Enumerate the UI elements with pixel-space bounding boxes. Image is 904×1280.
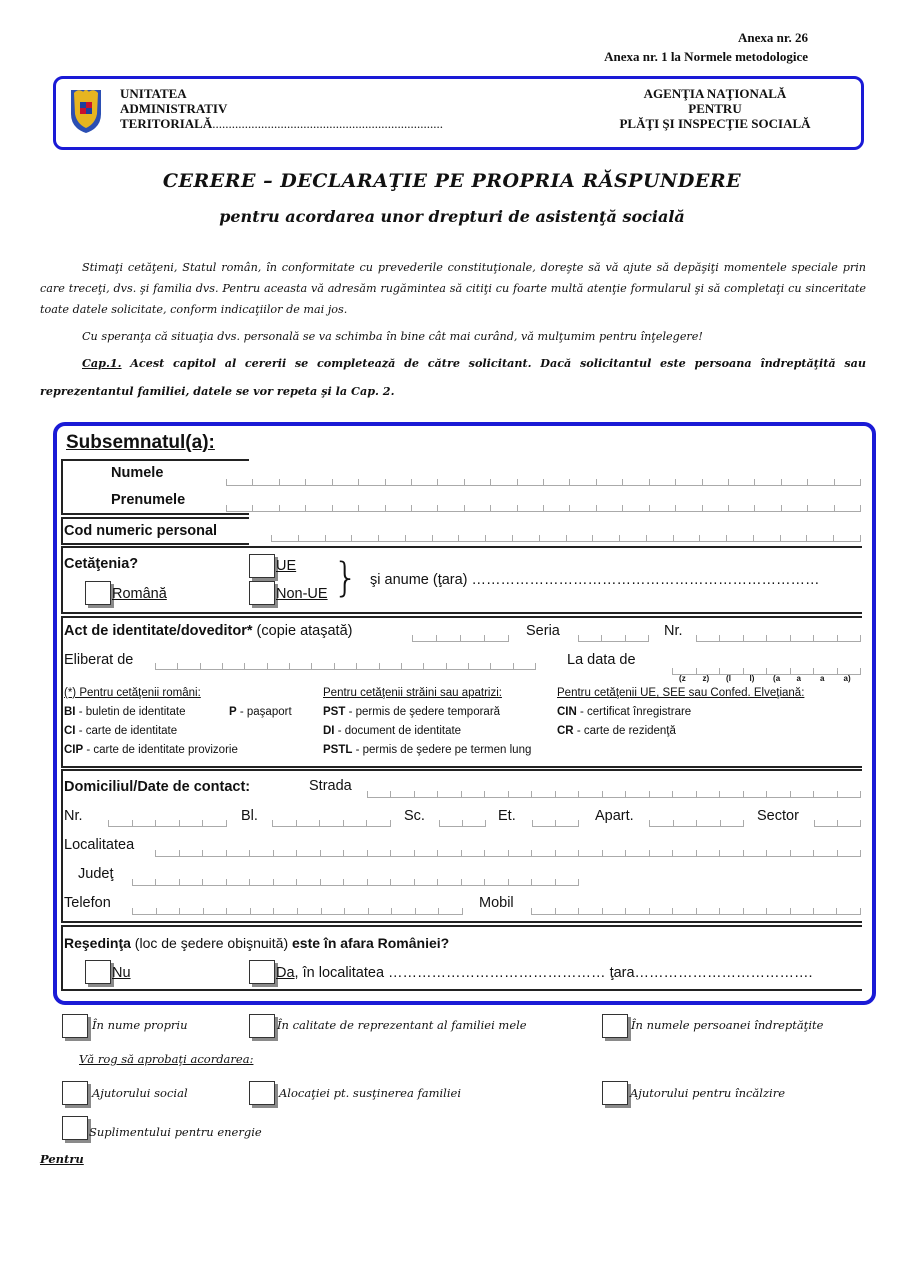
- comb-tick: [437, 791, 438, 798]
- comb-tick: [437, 879, 438, 886]
- comb-tick: [539, 535, 540, 542]
- comb-tick: [401, 663, 402, 670]
- comb-tick: [334, 663, 335, 670]
- phone-label: Telefon: [64, 895, 111, 911]
- citizenship-non-ue-checkbox[interactable]: [249, 581, 275, 605]
- citizenship-romana-label: Română: [112, 586, 167, 602]
- id-number-field[interactable]: [696, 630, 860, 642]
- comb-tick: [273, 850, 274, 857]
- comb-tick: [296, 879, 297, 886]
- comb-tick: [555, 791, 556, 798]
- comb-tick: [484, 791, 485, 798]
- residence-question: Reşedinţa (loc de şedere obişnuită) este…: [64, 935, 449, 951]
- comb-tick: [649, 850, 650, 857]
- section-heading: Subsemnatul(a):: [66, 432, 215, 454]
- first-name-field[interactable]: [226, 500, 860, 512]
- comb-tick: [321, 908, 322, 915]
- authority-line-3: TERITORIALĂ: [120, 116, 212, 131]
- local-authority-block: UNITATEA ADMINISTRATIV TERITORIALĂ......…: [120, 86, 443, 131]
- comb-tick: [753, 535, 754, 542]
- date-format-part: (z: [679, 674, 686, 683]
- comb-tick: [743, 635, 744, 642]
- family-allowance-checkbox[interactable]: [249, 1081, 275, 1105]
- comb-tick: [602, 850, 603, 857]
- series-label: Seria: [526, 623, 560, 639]
- comb-tick: [179, 879, 180, 886]
- comb-tick: [728, 479, 729, 486]
- comb-tick: [696, 820, 697, 827]
- comb-tick: [464, 505, 465, 512]
- comb-tick: [289, 663, 290, 670]
- comb-tick: [860, 908, 861, 915]
- comb-tick: [649, 479, 650, 486]
- comb-tick: [675, 505, 676, 512]
- comb-tick: [596, 505, 597, 512]
- comb-tick: [458, 535, 459, 542]
- locality-label: Localitatea: [64, 837, 134, 853]
- form-subtitle: pentru acordarea unor drepturi de asiste…: [0, 207, 904, 226]
- staircase-field[interactable]: [439, 815, 485, 827]
- comb-tick: [446, 663, 447, 670]
- comb-tick: [619, 535, 620, 542]
- capacity-family-rep-checkbox[interactable]: [249, 1014, 275, 1038]
- comb-tick: [368, 908, 369, 915]
- eu-citizens-note-title: Pentru cetăţenii UE, SEE sau Confed. Elv…: [557, 684, 804, 703]
- note-di: DI - document de identitate: [323, 722, 461, 741]
- comb-tick: [437, 479, 438, 486]
- comb-tick: [156, 908, 157, 915]
- comb-tick: [602, 791, 603, 798]
- comb-tick: [531, 879, 532, 886]
- comb-tick: [179, 850, 180, 857]
- capacity-own-name-label: În nume propriu: [92, 1018, 188, 1032]
- annex-reference: Anexa nr. 1 la Normele metodologice: [604, 47, 808, 66]
- comb-tick: [780, 535, 781, 542]
- comb-tick: [578, 635, 579, 642]
- comb-tick: [508, 850, 509, 857]
- comb-tick: [719, 635, 720, 642]
- comb-tick: [415, 908, 416, 915]
- note-p: P - paşaport: [229, 703, 292, 722]
- comb-tick: [601, 635, 602, 642]
- comb-tick: [673, 535, 674, 542]
- comb-tick: [356, 663, 357, 670]
- sector-field[interactable]: [814, 815, 860, 827]
- comb-tick: [531, 908, 532, 915]
- comb-tick: [790, 791, 791, 798]
- date-format-part: a: [820, 674, 824, 683]
- comb-tick: [743, 791, 744, 798]
- note-cip: CIP - carte de identitate provizorie: [64, 741, 238, 760]
- comb-tick: [508, 879, 509, 886]
- floor-field[interactable]: [532, 815, 578, 827]
- chapter-1-text: Acest capitol al cererii se completează …: [40, 356, 866, 398]
- comb-tick: [790, 635, 791, 642]
- comb-tick: [569, 479, 570, 486]
- comb-tick: [432, 535, 433, 542]
- comb-tick: [179, 820, 180, 827]
- comb-tick: [132, 879, 133, 886]
- comb-tick: [625, 850, 626, 857]
- comb-tick: [155, 879, 156, 886]
- comb-tick: [719, 791, 720, 798]
- comb-tick: [484, 850, 485, 857]
- comb-tick: [203, 908, 204, 915]
- comb-tick: [439, 820, 440, 827]
- comb-tick: [807, 505, 808, 512]
- comb-tick: [508, 635, 509, 642]
- authority-line-2: ADMINISTRATIV: [120, 101, 443, 116]
- first-name-label: Prenumele: [111, 492, 185, 508]
- comb-tick: [325, 535, 326, 542]
- comb-tick: [672, 850, 673, 857]
- social-aid-label: Ajutorului social: [92, 1086, 188, 1100]
- comb-tick: [555, 820, 556, 827]
- comb-tick: [226, 850, 227, 857]
- number-label: Nr.: [64, 808, 83, 824]
- intro-thanks: Cu speranţa că situaţia dvs. personală s…: [40, 326, 866, 347]
- comb-tick: [462, 908, 463, 915]
- comb-tick: [226, 908, 227, 915]
- comb-tick: [696, 791, 697, 798]
- agency-line-1: AGENŢIA NAŢIONALĂ: [600, 86, 830, 101]
- chapter-1-label: Cap.1.: [82, 356, 122, 370]
- comb-tick: [252, 479, 253, 486]
- energy-supplement-checkbox[interactable]: [62, 1116, 88, 1140]
- comb-tick: [367, 791, 368, 798]
- comb-tick: [412, 635, 413, 642]
- comb-tick: [726, 535, 727, 542]
- romanian-citizens-note-title: (*) Pentru cetăţenii români:: [64, 684, 201, 703]
- comb-tick: [807, 479, 808, 486]
- residence-yes-label[interactable]: Da, în localitatea ……………………………………… ţara……: [276, 965, 813, 981]
- comb-tick: [366, 820, 367, 827]
- comb-tick: [296, 850, 297, 857]
- comb-tick: [834, 479, 835, 486]
- comb-tick: [702, 479, 703, 486]
- comb-tick: [860, 479, 861, 486]
- comb-tick: [837, 820, 838, 827]
- phone-field[interactable]: [132, 903, 462, 915]
- comb-tick: [555, 879, 556, 886]
- coat-of-arms-icon: [67, 84, 105, 134]
- comb-tick: [535, 663, 536, 670]
- comb-tick: [436, 635, 437, 642]
- citizenship-label: Cetăţenia?: [64, 556, 138, 572]
- cnp-field[interactable]: [271, 530, 860, 542]
- note-pst: PST - permis de şedere temporară: [323, 703, 500, 722]
- id-type-field[interactable]: [412, 630, 508, 642]
- comb-tick: [305, 505, 306, 512]
- comb-tick: [252, 505, 253, 512]
- comb-tick: [649, 791, 650, 798]
- authority-name-blank[interactable]: ........................................…: [212, 116, 443, 131]
- comb-tick: [343, 820, 344, 827]
- comb-tick: [720, 820, 721, 827]
- last-name-field[interactable]: [226, 474, 860, 486]
- comb-tick: [578, 879, 579, 886]
- citizenship-non-ue-label: Non-UE: [276, 586, 328, 602]
- comb-tick: [423, 663, 424, 670]
- comb-tick: [272, 820, 273, 827]
- comb-tick: [485, 535, 486, 542]
- authority-line-1: UNITATEA: [120, 86, 443, 101]
- note-bi: BI - buletin de identitate: [64, 703, 185, 722]
- comb-tick: [226, 879, 227, 886]
- comb-tick: [860, 535, 861, 542]
- county-field[interactable]: [132, 874, 578, 886]
- comb-tick: [411, 479, 412, 486]
- social-aid-checkbox[interactable]: [62, 1081, 88, 1105]
- comb-tick: [696, 908, 697, 915]
- comb-tick: [625, 791, 626, 798]
- comb-tick: [320, 879, 321, 886]
- capacity-own-name-checkbox[interactable]: [62, 1014, 88, 1038]
- mobile-label: Mobil: [479, 895, 514, 911]
- comb-tick: [132, 908, 133, 915]
- heating-aid-checkbox[interactable]: [602, 1081, 628, 1105]
- issued-by-field[interactable]: [155, 658, 535, 670]
- comb-tick: [202, 879, 203, 886]
- comb-tick: [625, 908, 626, 915]
- date-format-part: (a: [773, 674, 780, 683]
- series-field[interactable]: [578, 630, 648, 642]
- note-cin: CIN - certificat înregistrare: [557, 703, 691, 722]
- cnp-label: Cod numeric personal: [64, 523, 217, 539]
- comb-tick: [305, 479, 306, 486]
- comb-tick: [464, 479, 465, 486]
- comb-tick: [391, 908, 392, 915]
- comb-tick: [279, 505, 280, 512]
- citizenship-romana-checkbox[interactable]: [85, 581, 111, 605]
- date-format-part: (l: [726, 674, 731, 683]
- comb-tick: [860, 635, 861, 642]
- date-format-part: z): [703, 674, 710, 683]
- comb-tick: [437, 505, 438, 512]
- comb-tick: [468, 663, 469, 670]
- citizenship-country-field[interactable]: şi anume (ţara) ………………………………………………………………: [370, 572, 820, 588]
- comb-tick: [702, 505, 703, 512]
- comb-tick: [267, 663, 268, 670]
- comb-tick: [696, 850, 697, 857]
- comb-tick: [699, 535, 700, 542]
- comb-tick: [155, 820, 156, 827]
- comb-tick: [320, 850, 321, 857]
- comb-tick: [512, 535, 513, 542]
- id-document-label: Act de identitate/doveditor* (copie ataş…: [64, 623, 352, 639]
- comb-tick: [460, 635, 461, 642]
- comb-tick: [462, 820, 463, 827]
- comb-tick: [367, 879, 368, 886]
- comb-tick: [385, 479, 386, 486]
- comb-tick: [250, 908, 251, 915]
- comb-tick: [649, 505, 650, 512]
- comb-tick: [517, 479, 518, 486]
- date-format-hint: (zz)(ll)(aaaa): [672, 674, 860, 684]
- comb-tick: [555, 850, 556, 857]
- agency-block: AGENŢIA NAŢIONALĂ PENTRU PLĂŢI ŞI INSPEC…: [600, 86, 830, 131]
- comb-tick: [781, 505, 782, 512]
- agency-line-2: PENTRU: [600, 101, 830, 116]
- comb-tick: [343, 850, 344, 857]
- comb-tick: [249, 850, 250, 857]
- comb-tick: [675, 479, 676, 486]
- comb-tick: [649, 820, 650, 827]
- capacity-entitled-person-checkbox[interactable]: [602, 1014, 628, 1038]
- comb-tick: [719, 850, 720, 857]
- block-field[interactable]: [272, 815, 390, 827]
- comb-tick: [806, 535, 807, 542]
- capacity-entitled-person-label: În numele persoanei îndreptăţite: [631, 1018, 823, 1032]
- comb-tick: [490, 505, 491, 512]
- comb-tick: [414, 791, 415, 798]
- apartment-label: Apart.: [595, 808, 634, 824]
- date-format-part: l): [750, 674, 755, 683]
- comb-tick: [484, 635, 485, 642]
- comb-tick: [155, 663, 156, 670]
- comb-tick: [379, 663, 380, 670]
- comb-tick: [517, 505, 518, 512]
- comb-tick: [508, 791, 509, 798]
- form-title: CERERE – DECLARAŢIE PE PROPRIA RĂSPUNDER…: [0, 170, 904, 192]
- last-name-label: Numele: [111, 465, 163, 481]
- note-ci: CI - carte de identitate: [64, 722, 177, 741]
- comb-tick: [438, 908, 439, 915]
- comb-tick: [543, 505, 544, 512]
- apartment-field[interactable]: [649, 815, 743, 827]
- citizenship-ue-label: UE: [276, 558, 296, 574]
- comb-tick: [622, 505, 623, 512]
- comb-tick: [672, 908, 673, 915]
- comb-tick: [343, 879, 344, 886]
- comb-tick: [179, 908, 180, 915]
- citizenship-ue-checkbox[interactable]: [249, 554, 275, 578]
- comb-tick: [719, 908, 720, 915]
- comb-tick: [569, 505, 570, 512]
- comb-tick: [244, 663, 245, 670]
- comb-tick: [461, 791, 462, 798]
- comb-tick: [108, 820, 109, 827]
- comb-tick: [358, 505, 359, 512]
- comb-tick: [813, 635, 814, 642]
- comb-tick: [781, 479, 782, 486]
- comb-tick: [226, 820, 227, 827]
- comb-tick: [837, 635, 838, 642]
- address-title: Domiciliul/Date de contact:: [64, 779, 250, 795]
- comb-tick: [226, 479, 227, 486]
- comb-tick: [461, 850, 462, 857]
- comb-tick: [271, 535, 272, 542]
- comb-tick: [461, 879, 462, 886]
- comb-tick: [672, 791, 673, 798]
- number-label: Nr.: [664, 623, 683, 639]
- comb-tick: [490, 663, 491, 670]
- comb-tick: [405, 535, 406, 542]
- note-pstl: PSTL - permis de şedere pe termen lung: [323, 741, 531, 760]
- comb-tick: [860, 820, 861, 827]
- locality-field[interactable]: [155, 845, 860, 857]
- comb-tick: [202, 850, 203, 857]
- comb-tick: [297, 908, 298, 915]
- comb-tick: [837, 791, 838, 798]
- comb-tick: [414, 850, 415, 857]
- residence-no-checkbox[interactable]: [85, 960, 111, 984]
- capacity-family-rep-label: În calitate de reprezentant al familiei …: [277, 1018, 527, 1032]
- footer-pentru-label: Pentru: [40, 1152, 84, 1166]
- comb-tick: [319, 820, 320, 827]
- comb-tick: [531, 850, 532, 857]
- comb-tick: [649, 908, 650, 915]
- street-field[interactable]: [367, 786, 860, 798]
- date-format-part: a: [797, 674, 801, 683]
- comb-tick: [766, 908, 767, 915]
- comb-tick: [484, 879, 485, 886]
- approval-title: Vă rog să aprobaţi acordarea:: [79, 1052, 253, 1066]
- sector-label: Sector: [757, 808, 799, 824]
- agency-line-3: PLĂŢI ŞI INSPECŢIE SOCIALĂ: [600, 116, 830, 131]
- comb-tick: [622, 479, 623, 486]
- comb-tick: [437, 850, 438, 857]
- comb-tick: [648, 635, 649, 642]
- annex-number: Anexa nr. 26: [738, 28, 808, 47]
- staircase-label: Sc.: [404, 808, 425, 824]
- comb-tick: [296, 820, 297, 827]
- street-label: Strada: [309, 778, 352, 794]
- issued-by-label: Eliberat de: [64, 652, 133, 668]
- comb-tick: [625, 635, 626, 642]
- intro-paragraph: Stimaţi cetăţeni, Statul român, în confo…: [40, 257, 866, 320]
- comb-tick: [592, 535, 593, 542]
- comb-tick: [414, 879, 415, 886]
- comb-tick: [578, 820, 579, 827]
- comb-tick: [578, 791, 579, 798]
- comb-tick: [273, 879, 274, 886]
- heating-aid-label: Ajutorului pentru încălzire: [630, 1086, 785, 1100]
- comb-tick: [834, 505, 835, 512]
- comb-tick: [344, 908, 345, 915]
- residence-yes-checkbox[interactable]: [249, 960, 275, 984]
- comb-tick: [222, 663, 223, 670]
- comb-tick: [513, 663, 514, 670]
- comb-tick: [202, 820, 203, 827]
- comb-tick: [766, 850, 767, 857]
- comb-tick: [358, 479, 359, 486]
- comb-tick: [378, 535, 379, 542]
- issue-date-label: La data de: [567, 652, 636, 668]
- foreign-citizens-note-title: Pentru cetăţenii străini sau apatrizi:: [323, 684, 502, 703]
- comb-tick: [367, 850, 368, 857]
- comb-tick: [860, 505, 861, 512]
- brace-icon: }: [333, 553, 358, 603]
- comb-tick: [754, 479, 755, 486]
- comb-tick: [743, 850, 744, 857]
- comb-tick: [411, 505, 412, 512]
- comb-tick: [646, 535, 647, 542]
- comb-tick: [311, 663, 312, 670]
- comb-tick: [177, 663, 178, 670]
- comb-tick: [390, 850, 391, 857]
- comb-tick: [743, 908, 744, 915]
- comb-tick: [566, 535, 567, 542]
- street-number-field[interactable]: [108, 815, 226, 827]
- comb-tick: [390, 791, 391, 798]
- mobile-field[interactable]: [531, 903, 860, 915]
- comb-tick: [578, 850, 579, 857]
- comb-tick: [596, 479, 597, 486]
- comb-tick: [754, 505, 755, 512]
- comb-tick: [390, 879, 391, 886]
- residence-no-label: Nu: [112, 965, 131, 981]
